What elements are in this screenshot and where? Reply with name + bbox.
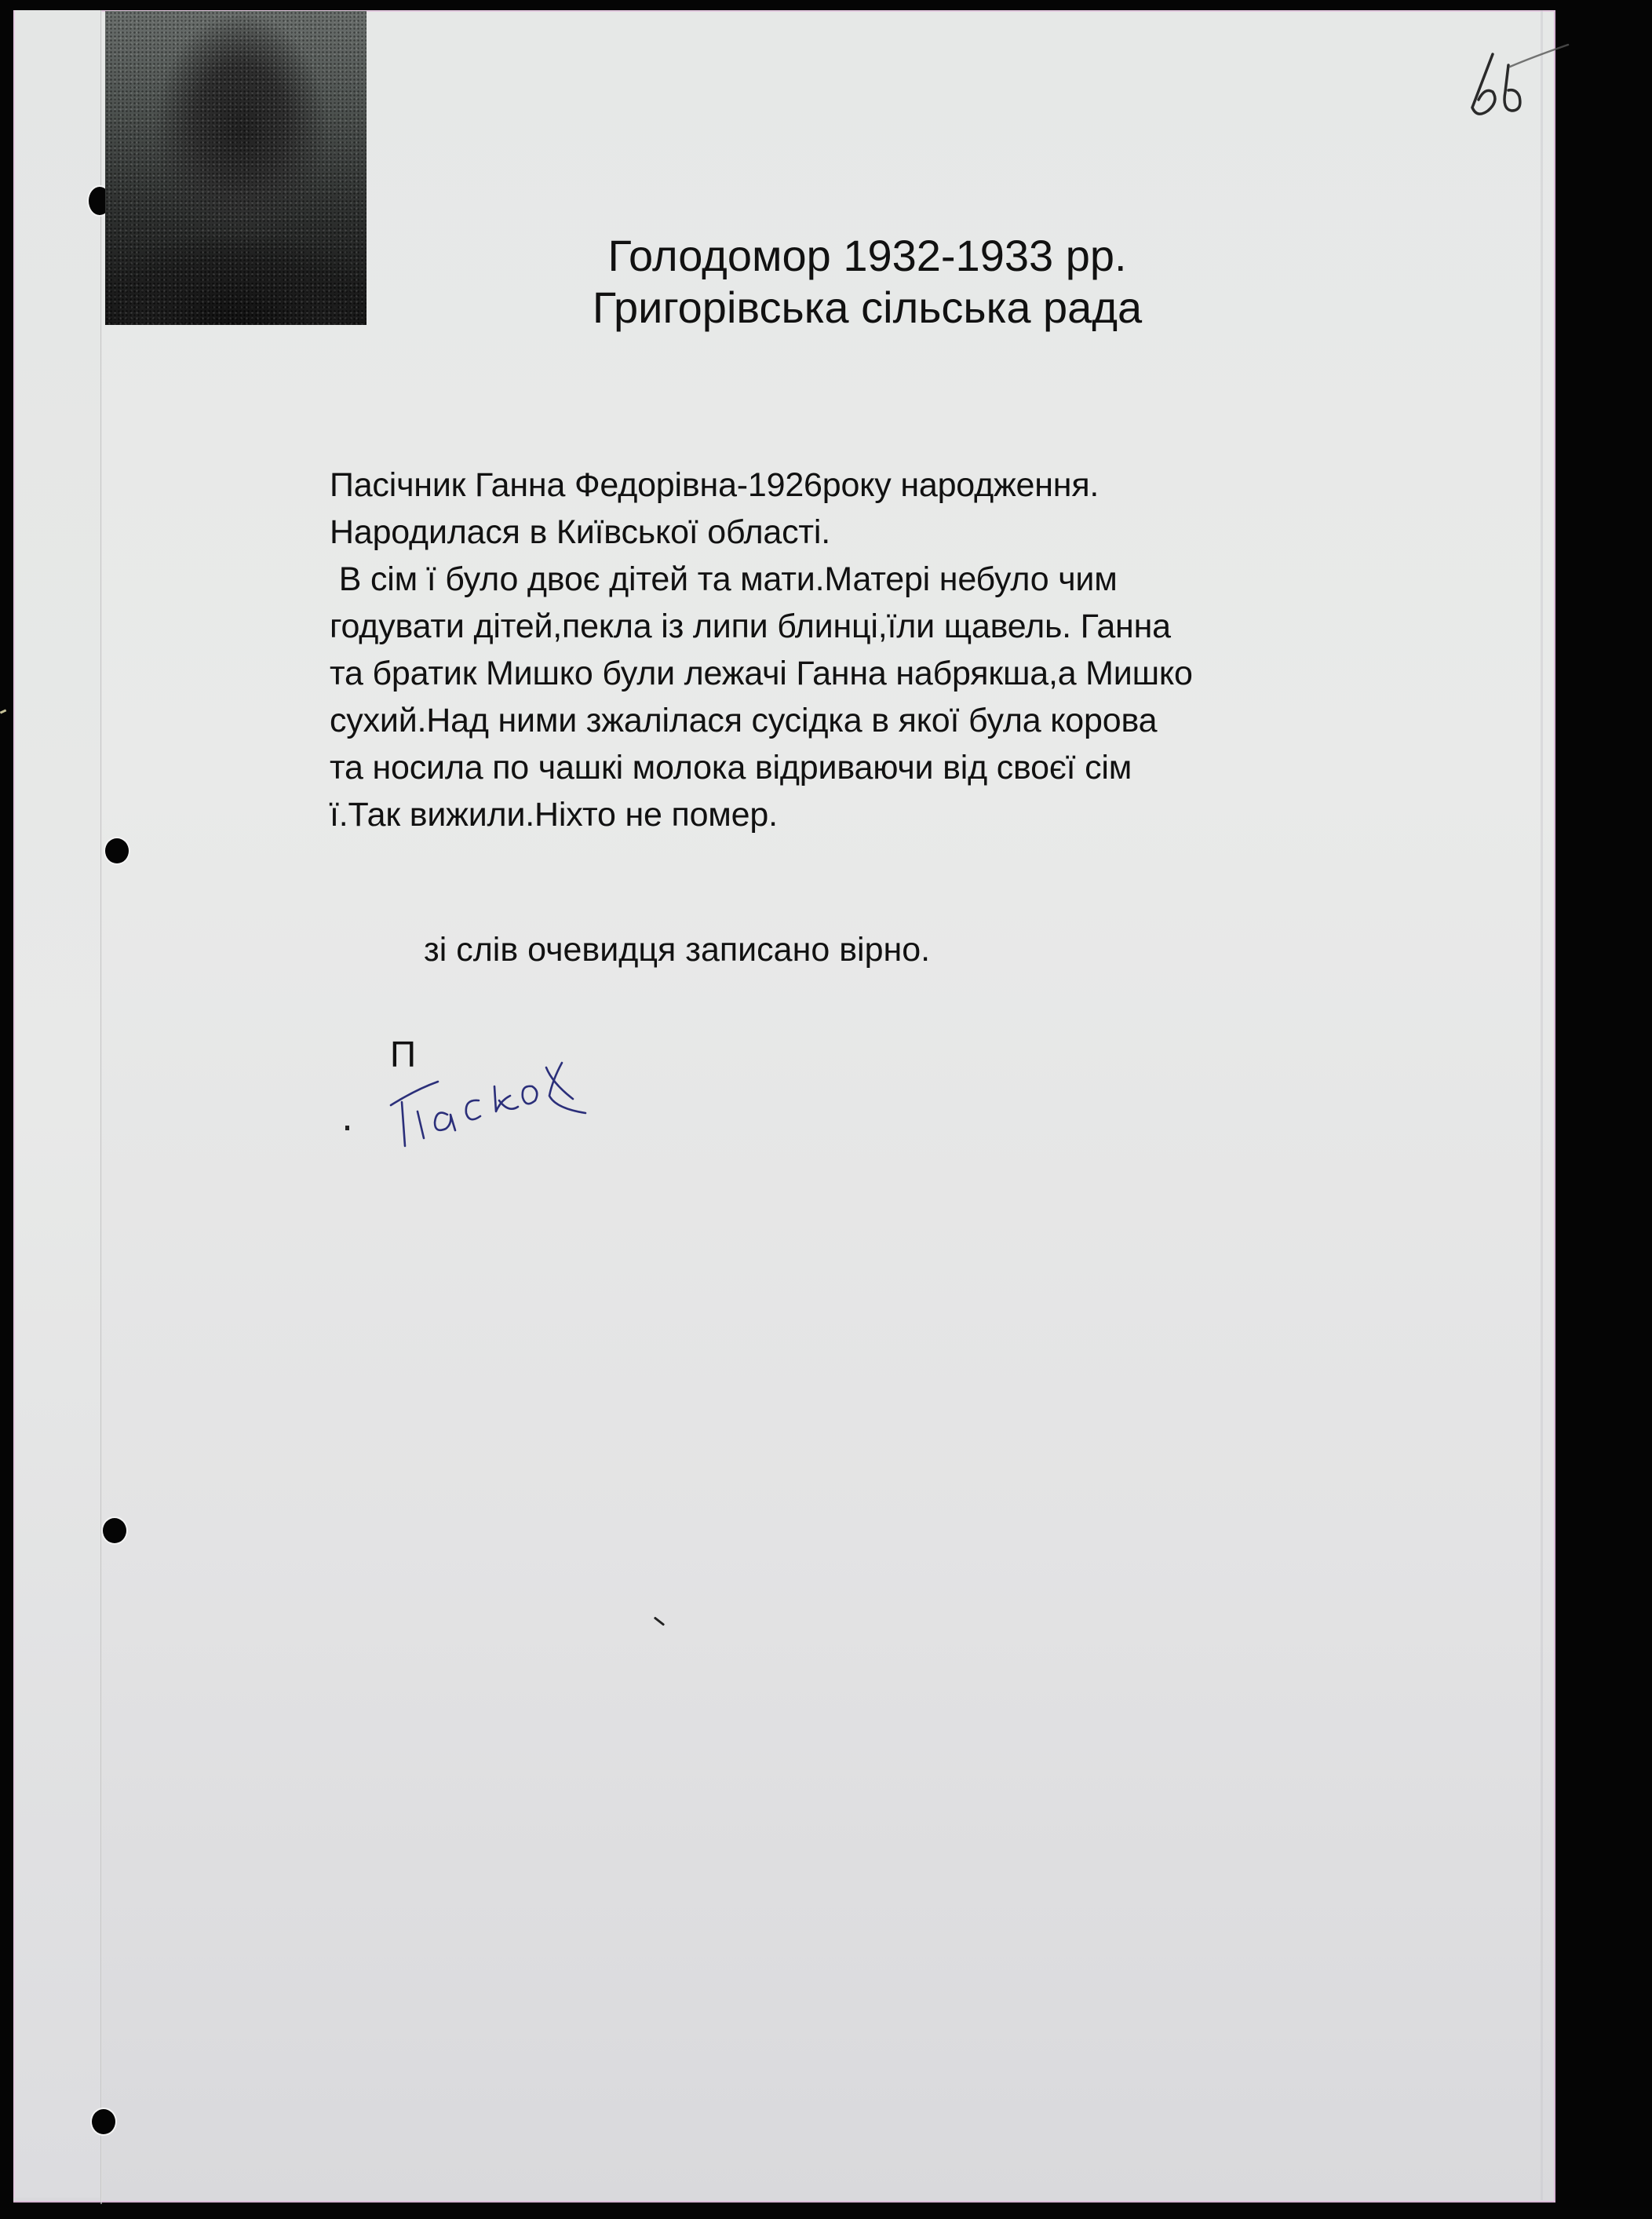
- body-line: ї.Так вижили.Ніхто не помер.: [330, 791, 1428, 838]
- body-line: Пасічник Ганна Федорівна-1926року народж…: [330, 462, 1428, 509]
- fold-line-right: [1541, 10, 1543, 2200]
- body-line: В сім ї було двоє дітей та мати.Матері н…: [330, 556, 1428, 603]
- title-line-2: Григорівська сільська рада: [471, 282, 1264, 334]
- fold-line: [100, 10, 102, 2204]
- signature-dot: [345, 1126, 349, 1130]
- attestation-line: зі слів очевидця записано вірно.: [424, 926, 930, 973]
- testimony-body: Пасічник Ганна Федорівна-1926року народж…: [330, 462, 1428, 838]
- portrait-photo-icon: [105, 11, 367, 325]
- document-page: [13, 10, 1555, 2203]
- handwritten-page-number: 65: [1461, 43, 1579, 122]
- title-line-1: Голодомор 1932-1933 рр.: [471, 230, 1264, 282]
- page-binding-strip: [13, 10, 101, 2198]
- body-line: та носила по чашкі молока відриваючи від…: [330, 744, 1428, 791]
- body-line: сухий.Над ними зжалілася сусідка в якої …: [330, 697, 1428, 744]
- body-line: та братик Мишко були лежачі Ганна набряк…: [330, 650, 1428, 697]
- punch-hole-icon: [105, 838, 129, 863]
- punch-hole-icon: [103, 1518, 126, 1543]
- body-line: Народилася в Київської області.: [330, 509, 1428, 556]
- punch-hole-icon: [92, 2109, 115, 2134]
- document-title: Голодомор 1932-1933 рр. Григорівська сіл…: [471, 230, 1264, 334]
- handwritten-signature: Пасюк: [385, 1052, 612, 1162]
- body-line: годувати дітей,пекла із липи блинці,їли …: [330, 603, 1428, 650]
